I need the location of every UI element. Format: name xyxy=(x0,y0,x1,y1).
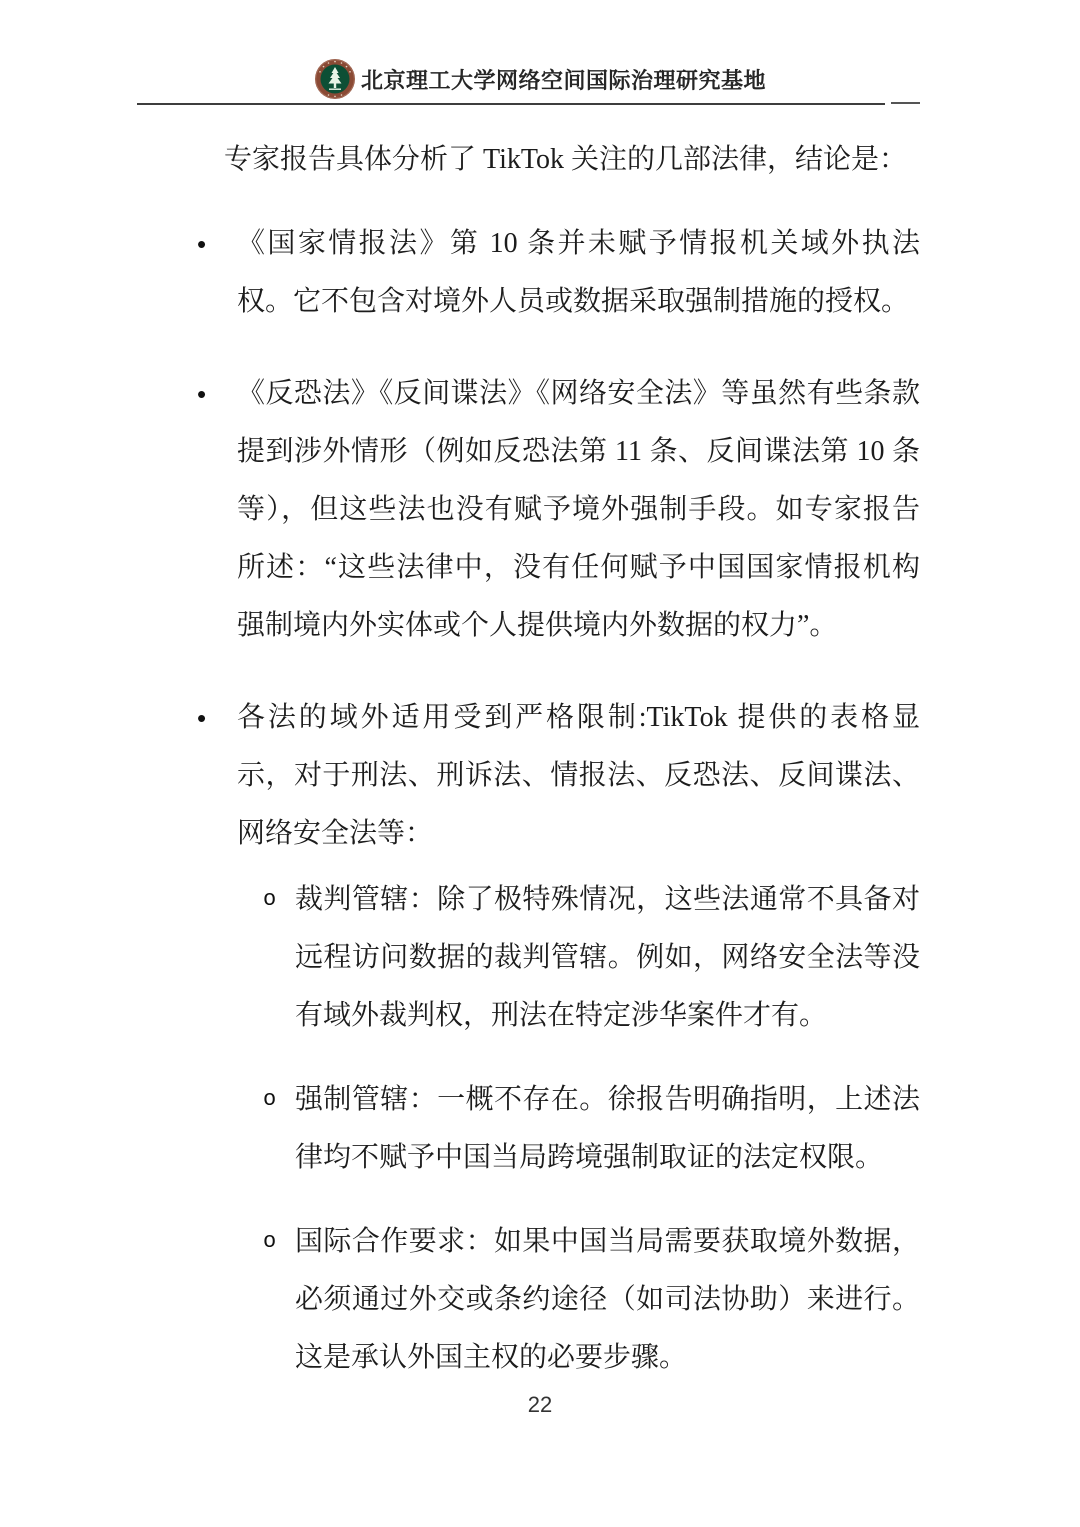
bullet-item-other-laws: • 《反恐法》《反间谍法》《网络安全法》等虽然有些条款提到涉外情形（例如反恐法第… xyxy=(195,365,920,655)
document-page: 北京理工大学网络空间国际治理研究基地 专家报告具体分析了 TikTok 关注的几… xyxy=(0,0,1080,1527)
page-number: 22 xyxy=(528,1392,552,1417)
sub-bullet-text: 强制管辖：一概不存在。徐报告明确指明，上述法律均不赋予中国当局跨境强制取证的法定… xyxy=(295,1084,920,1173)
header-rule xyxy=(137,102,920,105)
sub-bullet-list: o 裁判管辖：除了极特殊情况，这些法通常不具备对远程访问数据的裁判管辖。例如，网… xyxy=(263,871,920,1387)
header-rule-tail xyxy=(891,102,920,104)
header-row: 北京理工大学网络空间国际治理研究基地 xyxy=(0,58,1080,100)
bullet-text: 《国家情报法》第 10 条并未赋予情报机关域外执法权。它不包含对境外人员或数据采… xyxy=(237,228,920,317)
header-rule-main xyxy=(137,103,885,105)
document-body: 专家报告具体分析了 TikTok 关注的几部法律，结论是： • 《国家情报法》第… xyxy=(195,131,920,1387)
institute-emblem-icon xyxy=(314,58,356,100)
intro-paragraph: 专家报告具体分析了 TikTok 关注的几部法律，结论是： xyxy=(195,131,920,189)
sub-bullet-item-international-cooperation: o 国际合作要求：如果中国当局需要获取境外数据，必须通过外交或条约途径（如司法协… xyxy=(263,1213,920,1387)
header-title: 北京理工大学网络空间国际治理研究基地 xyxy=(361,64,766,95)
bullet-text: 各法的域外适用受到严格限制:TikTok 提供的表格显示，对于刑法、刑诉法、情报… xyxy=(237,702,920,849)
bullet-list: • 《国家情报法》第 10 条并未赋予情报机关域外执法权。它不包含对境外人员或数… xyxy=(195,215,920,1387)
bullet-marker-icon: • xyxy=(197,215,206,273)
sub-bullet-marker-icon: o xyxy=(263,871,276,929)
bullet-marker-icon: • xyxy=(197,365,206,423)
bullet-marker-icon: • xyxy=(197,689,206,747)
sub-bullet-marker-icon: o xyxy=(263,1213,276,1271)
sub-bullet-text: 裁判管辖：除了极特殊情况，这些法通常不具备对远程访问数据的裁判管辖。例如，网络安… xyxy=(295,884,920,1031)
bullet-item-intelligence-law: • 《国家情报法》第 10 条并未赋予情报机关域外执法权。它不包含对境外人员或数… xyxy=(195,215,920,331)
sub-bullet-text: 国际合作要求：如果中国当局需要获取境外数据，必须通过外交或条约途径（如司法协助）… xyxy=(295,1226,920,1373)
page-footer: 22 xyxy=(0,1392,1080,1418)
bullet-item-extraterritorial-limits: • 各法的域外适用受到严格限制:TikTok 提供的表格显示，对于刑法、刑诉法、… xyxy=(195,689,920,1387)
sub-bullet-item-adjudicative-jurisdiction: o 裁判管辖：除了极特殊情况，这些法通常不具备对远程访问数据的裁判管辖。例如，网… xyxy=(263,871,920,1045)
sub-bullet-marker-icon: o xyxy=(263,1071,276,1129)
sub-bullet-item-enforcement-jurisdiction: o 强制管辖：一概不存在。徐报告明确指明，上述法律均不赋予中国当局跨境强制取证的… xyxy=(263,1071,920,1187)
bullet-text: 《反恐法》《反间谍法》《网络安全法》等虽然有些条款提到涉外情形（例如反恐法第 1… xyxy=(237,378,920,641)
